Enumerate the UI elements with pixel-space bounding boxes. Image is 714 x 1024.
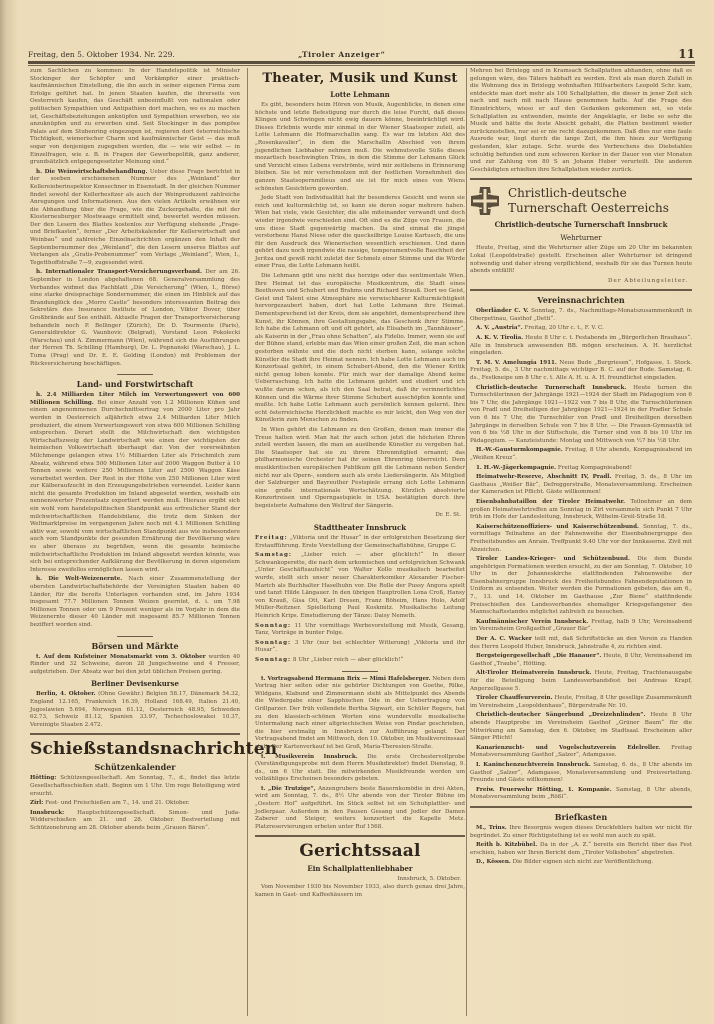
newspaper-page: Freitag, den 5. Oktober 1934. Nr. 229. „… <box>0 0 714 1024</box>
news-item: Tiroler Chauffeurverein. Heute, Freitag,… <box>470 695 692 710</box>
section-title-gericht: Gerichtssaal <box>255 841 465 861</box>
news-lead: 1. H.-W.-Jägerkompagnie. <box>476 465 556 471</box>
turnerschaft-title: Christlich-deutsche Turnerschaft Oesterr… <box>508 186 669 216</box>
section-subtitle: Schützenkalender <box>30 762 240 773</box>
paragraph: Es gibt, besonders beim Hören von Musik,… <box>255 102 465 193</box>
news-lead: Bergsteigergesellschaft „Die Hanauer“. <box>476 653 601 659</box>
news-item: M., Trins. Ihre Besorgnis wegen dieses D… <box>470 825 692 840</box>
news-lead: t. „Die Trutzige“, <box>261 786 316 792</box>
brief-list: M., Trins. Ihre Besorgnis wegen dieses D… <box>470 825 692 867</box>
news-lead: A. V. „Austria“. <box>476 325 523 331</box>
news-lead: A. K. V. Tirolia. <box>476 335 523 341</box>
title-line: Turnerschaft Oesterreichs <box>508 201 669 216</box>
news-lead: Kaiserschützenoffiziers- und Kaiserschüt… <box>476 524 639 530</box>
schedule-text: „Lieber reich — aber glücklich!“ In dies… <box>255 552 465 619</box>
news-lead: Zirl: <box>30 800 43 806</box>
turner-cross-emblem-icon <box>470 186 500 216</box>
column-1: zum Sachlichen zu kommen: In der Handels… <box>30 68 240 834</box>
news-item: T. M. V. Amelungia 1911. Neue Bude „Burg… <box>470 360 692 383</box>
section-title-schiess: Schießstandsnachrichten <box>30 739 240 759</box>
news-item: Christlich-deutscher Sängerbund „Dreizeh… <box>470 712 692 742</box>
news-item: Reith b. Kitzbühel. Da in der „A. Z.“ be… <box>470 842 692 857</box>
section-title-boersen: Börsen und Märkte <box>30 641 240 652</box>
section-title-land: Land- und Forstwirtschaft <box>30 379 240 390</box>
news-item: Kanarienzucht- und Vogelschutzverein Ede… <box>470 745 692 760</box>
news-lead: M., Trins. <box>476 825 507 831</box>
dateline: Innsbruck, 5. Oktober. <box>255 876 461 884</box>
schedule-day: Freitag: <box>255 535 288 541</box>
news-text: Bei einer Anzahl von 1.2 Millionen Kühen… <box>30 400 240 573</box>
news-item: h. 2.4 Milliarden Liter Milch im Verwert… <box>30 392 240 574</box>
column-2: Theater, Musik und Kunst Lotte Lehmann E… <box>255 68 465 901</box>
news-item: Bergsteigergesellschaft „Die Hanauer“. H… <box>470 653 692 668</box>
column-divider <box>247 68 248 1016</box>
news-lead: Innsbruck: <box>30 810 64 816</box>
news-text: Heute turnen die Turnschülerinnen der Ja… <box>470 385 692 444</box>
section-title-brief: Briefkasten <box>470 812 692 823</box>
news-lead: Tiroler Chauffeurverein. <box>476 695 553 701</box>
page-header: Freitag, den 5. Oktober 1934. Nr. 229. „… <box>28 47 695 61</box>
news-text: Die Bilder eignen sich nicht zur Veröffe… <box>513 859 654 865</box>
news-item: h. Die Weinwirtschaftsbehandlung. Ueber … <box>30 169 240 268</box>
paragraph: Vom November 1930 bis November 1933, als… <box>255 884 465 899</box>
news-lead: T. M. V. Amelungia 1911. <box>476 360 557 366</box>
schedule-item: Sonntag: 8 Uhr „Lieber reich — aber glüc… <box>255 657 465 665</box>
news-lead: Hötting: <box>30 775 56 781</box>
column-divider <box>466 68 467 1016</box>
news-lead: t. Musikverein Innsbruck. <box>261 754 358 760</box>
title-line: Christlich-deutsche <box>508 186 669 201</box>
news-item: Christlich-deutsche Turnerschaft Innsbru… <box>470 385 692 446</box>
paragraph: Heute, Freitag, sind die Wehrturner alle… <box>470 245 692 275</box>
section-title-stadttheater: Stadttheater Innsbruck <box>255 523 465 533</box>
news-lead: h. Die Weinwirtschaftsbehandlung. <box>36 169 147 175</box>
news-item: Kaufmännischer Verein Innsbruck. Freitag… <box>470 619 692 634</box>
news-lead: Kanarienzucht- und Vogelschutzverein Ede… <box>476 745 660 751</box>
schedule-text: 8 Uhr „Lieber reich — aber glücklich!“ <box>293 657 403 663</box>
paragraph: Jede Stadt von Individualität hat ihr be… <box>255 195 465 271</box>
news-lead: H.-W.-Gausturmkompagnie. <box>476 447 563 453</box>
article-title: Ein Schallplattenliebhaber <box>255 864 465 874</box>
schedule-day: Samstag: <box>255 552 292 558</box>
news-item: A. K. V. Tirolia. Heute 8 Uhr c. t. Fest… <box>470 335 692 358</box>
news-item: Hötting: Schützengesellschaft. Am Sonnta… <box>30 775 240 798</box>
news-lead: D., Kössen. <box>476 859 511 865</box>
news-item: Zirl: Fest- und Freischießen am 7., 14. … <box>30 800 240 808</box>
news-lead: Der A. C. Wacker <box>476 636 532 642</box>
news-lead: Eisenbahnbataillon der Tiroler Heimatweh… <box>476 499 625 505</box>
news-item: Freiw. Feuerwehr Hötting, 1. Kompanie. S… <box>470 787 692 802</box>
section-title-theater: Theater, Musik und Kunst <box>255 71 465 87</box>
news-item: h. Internationaler Transport-Versicherun… <box>30 269 240 368</box>
separator <box>255 835 465 837</box>
news-text: Der am 26. September in London abgehalte… <box>30 269 240 366</box>
schedule-item: Sonntag: 11 Uhr vormittags Werbevorstell… <box>255 623 465 638</box>
news-lead: Freiw. Feuerwehr Hötting, 1. Kompanie. <box>476 787 612 793</box>
news-item: H.-W.-Gausturmkompagnie. Freitag, 8 Uhr … <box>470 447 692 462</box>
news-item: t. Auf dem Kufsteiner Monatsmarkt vom 3.… <box>30 654 240 677</box>
schedule-item: Freitag: „Viktoria und ihr Husar“ in der… <box>255 535 465 550</box>
news-lead: Reith b. Kitzbühel. <box>476 842 537 848</box>
schedule-day: Sonntag: <box>255 623 291 629</box>
news-lead: t. Auf dem Kufsteiner Monatsmarkt vom 3.… <box>36 654 206 660</box>
news-item: Der A. C. Wacker teilt mit, daß Schrifts… <box>470 636 692 651</box>
devisen-title: Berliner Devisenkurse <box>30 679 240 689</box>
schedule-item: Samstag: „Lieber reich — aber glücklich!… <box>255 552 465 620</box>
newspaper-title: „Tiroler Anzeiger“ <box>298 50 385 59</box>
news-text: Fest- und Freischießen am 7., 14. und 21… <box>45 800 190 806</box>
author-signature: Dr. E. St. <box>255 512 461 520</box>
news-lead: Oberländer C. V. <box>476 308 529 314</box>
news-lead: Berlin, 4. Oktober. <box>36 691 96 697</box>
news-item: h. Die Welt-Weizenernte. Nach einer Zusa… <box>30 576 240 629</box>
news-text: Freitag, 20 Uhr c. t., F. V. C. <box>525 325 604 331</box>
paragraph: In Wien gehört die Lehmann zu den Großen… <box>255 427 465 511</box>
news-text: Freitag Kompagnieabend! <box>558 465 632 471</box>
signature: Der Abteilungsleiter. <box>470 278 688 286</box>
news-lead: Kaufmännischer Verein Innsbruck. <box>476 619 588 625</box>
news-lead: h. Internationaler Transport-Versicherun… <box>36 269 202 275</box>
paragraph: Die Lehmann gibt uns nicht das herzige o… <box>255 273 465 425</box>
news-lead: Christlich-deutsche Turnerschaft Innsbru… <box>476 385 626 391</box>
news-lead: I. Kaninchenzuchtverein Innsbruck. <box>476 762 591 768</box>
news-item: Oberländer C. V. Sonntag, 7. ds., Nachmi… <box>470 308 692 323</box>
news-item: Innsbruck: Hauptschützengesellschaft. Si… <box>30 810 240 833</box>
devisen-item: Berlin, 4. Oktober. (Ohne Gewähr.) Belgi… <box>30 691 240 729</box>
news-item: D., Kössen. Die Bilder eignen sich nicht… <box>470 859 692 867</box>
news-item: Alt-Tiroler Heimatverein Innsbruck. Heut… <box>470 670 692 693</box>
news-item: A. V. „Austria“. Freitag, 20 Uhr c. t., … <box>470 325 692 333</box>
news-item: t. Musikverein Innsbruck. Die erste Orch… <box>255 754 465 784</box>
news-item: Tiroler Landes-Krieger- und Schützenbund… <box>470 556 692 617</box>
news-text: Ueber diese Frage berichtet in der soebe… <box>30 169 240 266</box>
verein-list: Oberländer C. V. Sonntag, 7. ds., Nachmi… <box>470 308 692 802</box>
turnerschaft-banner: Christlich-deutsche Turnerschaft Oesterr… <box>470 186 692 216</box>
header-rule <box>28 61 695 64</box>
news-lead: Heimatwehr-Reserve, Abschnitt IV, Pradl. <box>476 474 611 480</box>
separator <box>470 178 692 180</box>
header-rule-thin <box>28 65 695 66</box>
news-lead: h. Die Welt-Weizenernte. <box>36 576 122 582</box>
news-lead: Alt-Tiroler Heimatverein Innsbruck. <box>476 670 591 676</box>
news-item: Eisenbahnbataillon der Tiroler Heimatweh… <box>470 499 692 522</box>
schedule-day: Sonntag: <box>255 657 291 663</box>
schedule-day: Sonntag: <box>255 640 291 646</box>
news-text: Neben dem Vortrag hier selten oder nie g… <box>255 676 465 750</box>
news-text: Die dem Bunde angehörigen Formationen we… <box>470 556 692 615</box>
turnerschaft-section: Wehrturner <box>470 233 692 243</box>
news-item: I. Kaninchenzuchtverein Innsbruck. Samst… <box>470 762 692 785</box>
separator <box>470 289 692 291</box>
paragraph: zum Sachlichen zu kommen: In der Handels… <box>30 68 240 167</box>
news-lead: Christlich-deutscher Sängerbund „Dreizeh… <box>476 712 645 718</box>
issue-date: Freitag, den 5. Oktober 1934. Nr. 229. <box>28 50 175 59</box>
turnerschaft-subtitle: Christlich-deutsche Turnerschaft Innsbru… <box>470 220 692 230</box>
separator <box>117 636 153 637</box>
article-title: Lotte Lehmann <box>255 90 465 100</box>
news-item: Heimatwehr-Reserve, Abschnitt IV, Pradl.… <box>470 474 692 497</box>
news-lead: Tiroler Landes-Krieger- und Schützenbund… <box>476 556 630 562</box>
paragraph: Mehren bei Brixlegg und in Kramsach Scha… <box>470 68 692 174</box>
separator <box>342 671 378 672</box>
schedule-item: Sonntag: 3 Uhr (nur bei schlechter Witte… <box>255 640 465 655</box>
column-3: Mehren bei Brixlegg und in Kramsach Scha… <box>470 68 692 869</box>
news-text: Nach einer Zusammenstellung der obersten… <box>30 576 240 628</box>
separator <box>470 806 692 808</box>
news-item: Kaiserschützenoffiziers- und Kaiserschüt… <box>470 524 692 554</box>
news-text: Anzengrubers beste Bauernkomödie in drei… <box>255 786 465 830</box>
separator <box>30 733 240 735</box>
page-number: 11 <box>678 47 695 61</box>
news-text: Schützengesellschaft. Am Sonntag, 7., d.… <box>30 775 240 796</box>
news-item: t. „Die Trutzige“, Anzengrubers beste Ba… <box>255 786 465 832</box>
news-item: 1. H.-W.-Jägerkompagnie. Freitag Kompagn… <box>470 465 692 473</box>
separator <box>117 374 153 375</box>
section-title-verein: Vereinsnachrichten <box>470 295 692 306</box>
news-item: t. Vortragsabend Hermann Brix — Mimi Haf… <box>255 676 465 752</box>
news-lead: t. Vortragsabend Hermann Brix — Mimi Haf… <box>261 676 430 682</box>
